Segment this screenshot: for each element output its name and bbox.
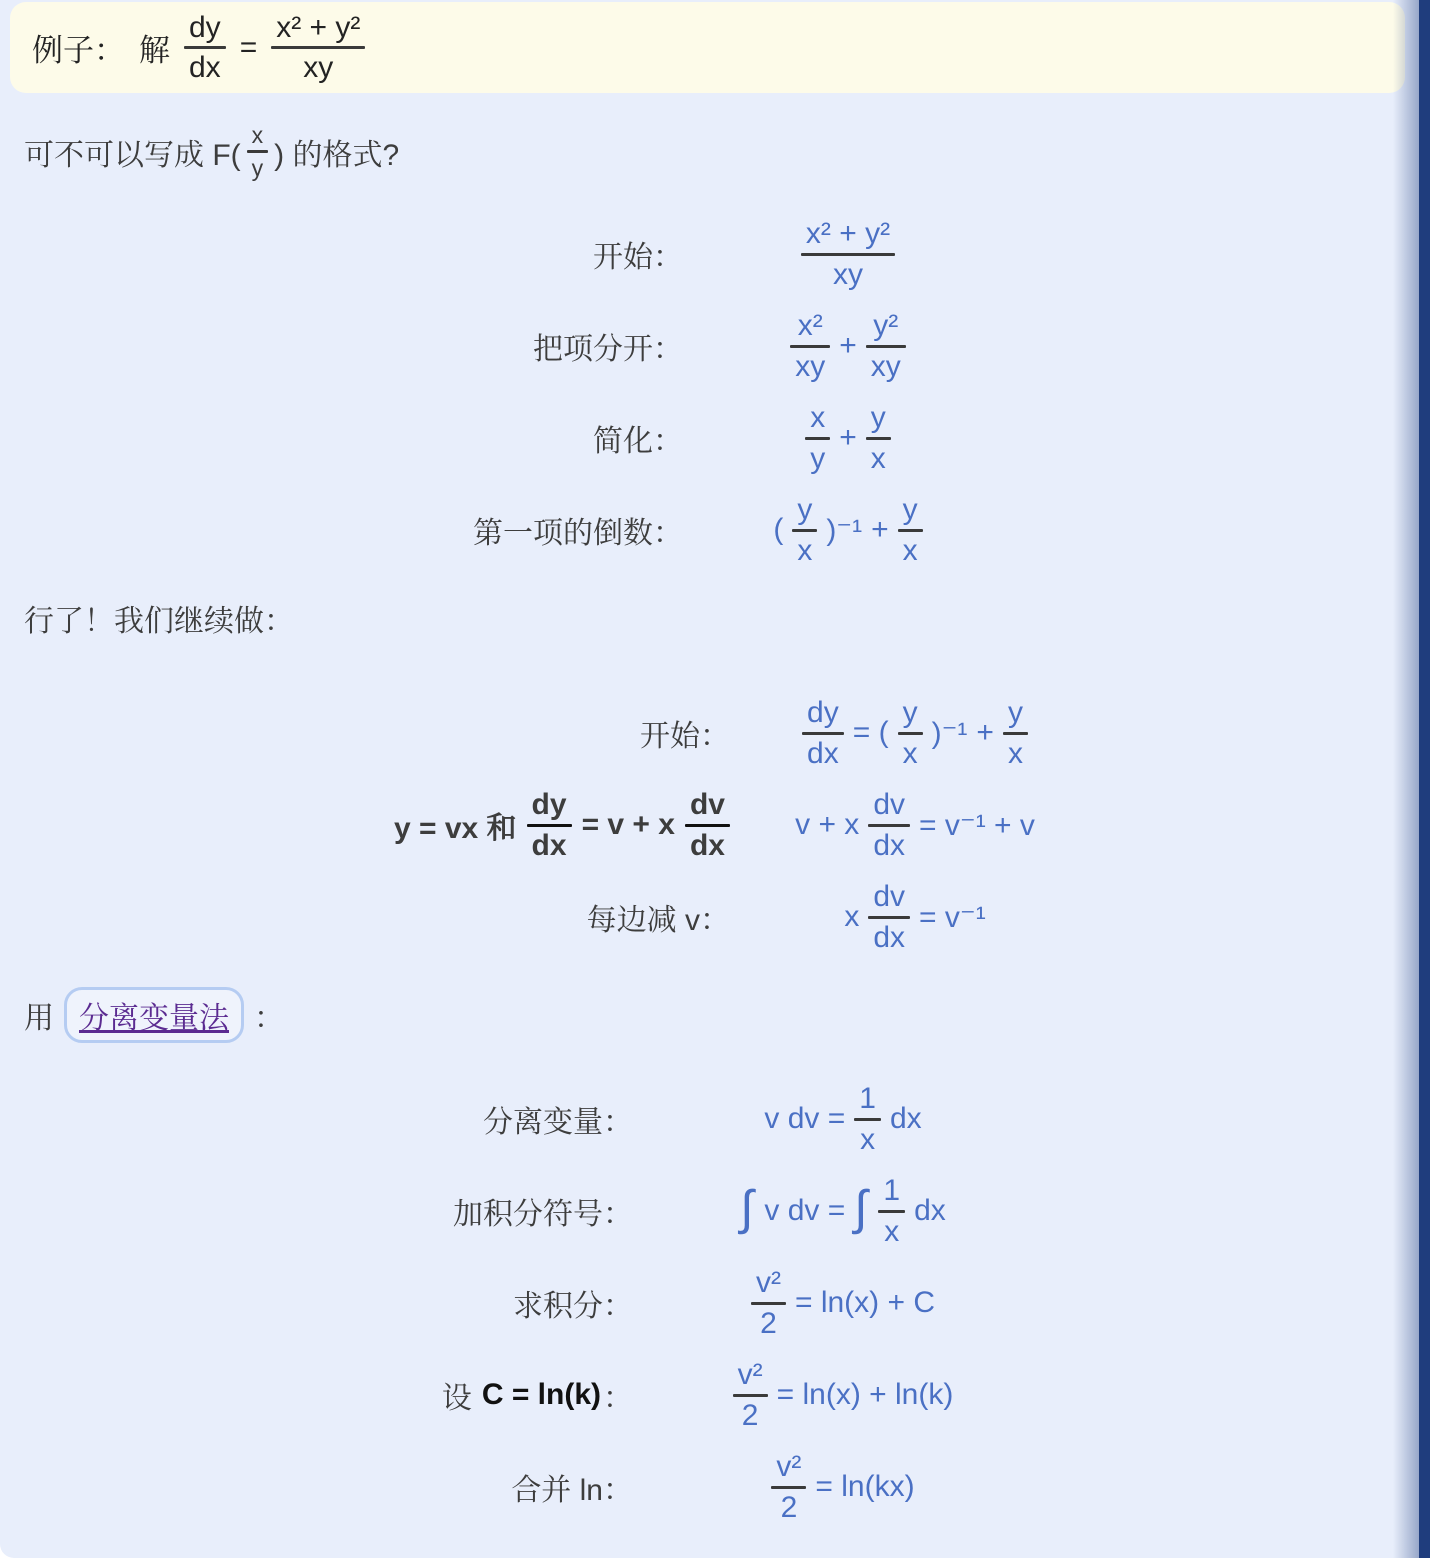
step-expression: v dv = 1 x dx (633, 1083, 1053, 1155)
open-paren: ( (773, 513, 783, 547)
fraction: 1 x (854, 1083, 881, 1155)
fraction-bar (801, 253, 895, 256)
step-label: 简化： (0, 416, 683, 460)
step-row: 求积分： v² 2 = ln(x) + C (0, 1257, 1419, 1349)
step-expression: v² 2 = ln(kx) (633, 1451, 1053, 1523)
bold-substitution: C = ln(k) (482, 1378, 601, 1412)
fraction-bar (805, 437, 830, 440)
fraction-bar (1003, 732, 1028, 735)
step-label: 分离变量： (0, 1097, 633, 1141)
fraction: y x (792, 494, 817, 566)
fraction: dv dx (868, 789, 910, 861)
step-label: 求积分： (0, 1281, 633, 1325)
fraction: dv dx (868, 881, 910, 953)
integral-symbol: ∫ (854, 1189, 867, 1230)
equals-sign: = (240, 31, 258, 65)
fraction: dy dx (184, 12, 226, 84)
fraction: y x (898, 697, 923, 769)
example-box: 例子： 解 dy dx = x² + y² xy (10, 2, 1405, 93)
fraction-bar (685, 824, 730, 827)
step-expression: x y + y x (683, 402, 1013, 474)
method-colon: ： (254, 993, 284, 1037)
step-row: y = vx 和 dy dx = v + x dv dx v + x (0, 779, 1419, 871)
step-expression: ∫ v dv = ∫ 1 x dx (633, 1175, 1053, 1247)
continue-text: 行了！我们继续做： (24, 601, 1419, 643)
page: 例子： 解 dy dx = x² + y² xy 可不可以写成 F( x y )… (0, 0, 1452, 1564)
content-panel: 例子： 解 dy dx = x² + y² xy 可不可以写成 F( x y )… (0, 0, 1430, 1558)
question-line: 可不可以写成 F( x y ) 的格式? (24, 123, 1419, 180)
step-expression: x² xy + y² xy (683, 310, 1013, 382)
equals-open-paren: = ( (853, 716, 889, 750)
plus-sign: + (871, 513, 889, 547)
plus-sign: + (839, 329, 857, 363)
fraction-bar (866, 345, 906, 348)
fraction-bar (898, 732, 923, 735)
step-row: 设 C = ln(k) ： v² 2 = ln(x) + ln(k) (0, 1349, 1419, 1441)
fraction: v² 2 (733, 1359, 768, 1431)
step-row: 每边减 v： x dv dx = v⁻¹ (0, 871, 1419, 963)
step-row: 第一项的倒数： ( y x )⁻¹ + y x (0, 484, 1419, 576)
step-expression: v² 2 = ln(x) + C (633, 1267, 1053, 1339)
step-label: 设 C = ln(k) ： (0, 1373, 633, 1417)
step-label: 每边减 v： (0, 895, 730, 939)
steps-table-1: 开始： x² + y² xy 把项分开： x² (0, 208, 1419, 576)
question-pre: 可不可以写成 F( (24, 130, 241, 174)
fraction: y x (866, 402, 891, 474)
fraction-bar (792, 529, 817, 532)
step-expression: x dv dx = v⁻¹ (730, 881, 1100, 953)
solve-word: 解 (139, 25, 170, 70)
step-row: 加积分符号： ∫ v dv = ∫ 1 x dx (0, 1165, 1419, 1257)
step-expression: v + x dv dx = v⁻¹ + v (730, 789, 1100, 861)
question-post: ) 的格式? (274, 130, 399, 174)
fraction-bar (868, 916, 910, 919)
fraction-bar (751, 1302, 786, 1305)
close-paren-inverse: )⁻¹ (932, 716, 968, 751)
fraction: dv dx (685, 789, 730, 861)
step-row: 分离变量： v dv = 1 x dx (0, 1073, 1419, 1165)
fraction: y² xy (866, 310, 906, 382)
step-expression: ( y x )⁻¹ + y x (683, 494, 1013, 566)
step-row: 简化： x y + y x (0, 392, 1419, 484)
example-label: 例子： (32, 25, 125, 70)
integral-symbol: ∫ (740, 1189, 753, 1230)
fraction: v² 2 (751, 1267, 786, 1339)
step-expression: v² 2 = ln(x) + ln(k) (633, 1359, 1053, 1431)
step-row: 把项分开： x² xy + y² xy (0, 300, 1419, 392)
fraction-bar (854, 1118, 881, 1121)
fraction: x y (247, 123, 269, 180)
step-label: 加积分符号： (0, 1189, 633, 1233)
fraction: x² + y² xy (801, 218, 895, 290)
fraction: 1 x (878, 1175, 905, 1247)
step-label: 第一项的倒数： (0, 508, 683, 552)
step-label: 开始： (0, 232, 683, 276)
step-row: 合并 ln： v² 2 = ln(kx) (0, 1441, 1419, 1533)
fraction: x² xy (790, 310, 830, 382)
fraction-bar (878, 1210, 905, 1213)
step-label: 开始： (0, 711, 730, 755)
fraction-bar (898, 529, 923, 532)
fraction-bar (733, 1394, 768, 1397)
fraction: x² + y² xy (271, 12, 365, 84)
fraction-bar (247, 150, 269, 153)
fraction: dy dx (527, 789, 572, 861)
fraction: v² 2 (771, 1451, 806, 1523)
plus-sign: + (976, 716, 994, 750)
fraction: y x (1003, 697, 1028, 769)
fraction-bar (868, 824, 910, 827)
fraction: dy dx (802, 697, 844, 769)
fraction-bar (184, 46, 226, 49)
fraction: x y (805, 402, 830, 474)
fraction-bar (866, 437, 891, 440)
separation-of-variables-link[interactable]: 分离变量法 (79, 1002, 229, 1035)
substitution-label: y = vx 和 dy dx = v + x dv dx (0, 789, 730, 861)
step-row: 开始： x² + y² xy (0, 208, 1419, 300)
plus-sign: + (839, 421, 857, 455)
steps-table-3: 分离变量： v dv = 1 x dx 加积分符号： ∫ (0, 1073, 1419, 1533)
method-line: 用 分离变量法 ： (24, 987, 1419, 1043)
steps-table-2: 开始： dy dx = ( y x )⁻¹ + (0, 687, 1419, 963)
close-paren-inverse: )⁻¹ (826, 513, 862, 548)
step-label: 把项分开： (0, 324, 683, 368)
link-pill[interactable]: 分离变量法 (64, 987, 244, 1043)
fraction: y x (898, 494, 923, 566)
fraction-bar (527, 824, 572, 827)
step-label: 合并 ln： (0, 1465, 633, 1509)
step-expression: x² + y² xy (683, 218, 1013, 290)
fraction-bar (771, 1486, 806, 1489)
step-expression: dy dx = ( y x )⁻¹ + y x (730, 697, 1100, 769)
fraction-bar (790, 345, 830, 348)
method-pre: 用 (24, 993, 54, 1037)
step-row: 开始： dy dx = ( y x )⁻¹ + (0, 687, 1419, 779)
fraction-bar (802, 732, 844, 735)
fraction-bar (271, 46, 365, 49)
